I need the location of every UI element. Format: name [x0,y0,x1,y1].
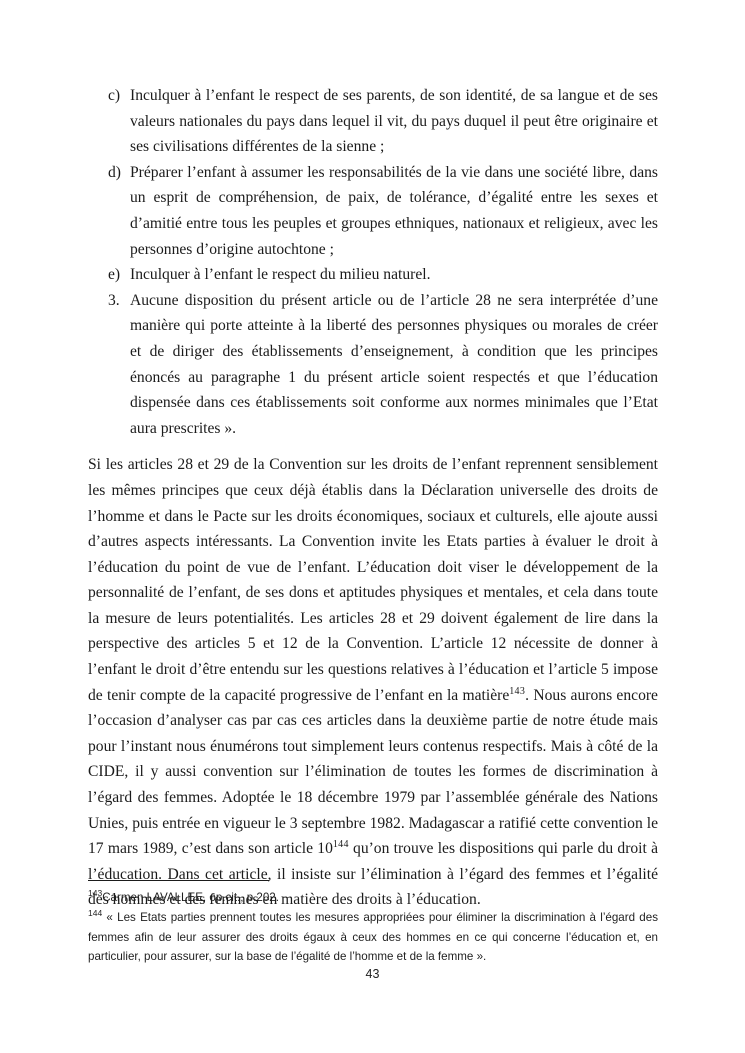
list-item-e: e) Inculquer à l’enfant le respect du mi… [88,262,658,288]
footnote-area: 143Carmen LAVALLEE, op.cit., p.202. 144 … [88,876,658,967]
list-item-label: d) [108,160,121,186]
footnote-separator [88,880,269,881]
list-item-label: e) [108,262,120,288]
list-item-3: 3. Aucune disposition du présent article… [88,288,658,442]
footnote-marker: 144 [88,908,102,918]
list-item-text: Aucune disposition du présent article ou… [130,292,658,437]
paragraph-text: . Nous aurons encore l’occasion d’analys… [88,687,658,858]
quote-list: c) Inculquer à l’enfant le respect de se… [88,83,658,441]
list-item-text: Inculquer à l’enfant le respect de ses p… [130,87,658,155]
document-page: c) Inculquer à l’enfant le respect de se… [0,0,745,1053]
list-item-label: c) [108,83,120,109]
list-item-text: Préparer l’enfant à assumer les responsa… [130,164,658,258]
body-paragraph: Si les articles 28 et 29 de la Conventio… [88,452,658,913]
footnote-text: « Les Etats parties prennent toutes les … [88,911,658,964]
footnote-text: Carmen LAVALLEE, op.cit., p.202. [102,891,279,904]
list-item-label: 3. [108,288,120,314]
footnote-ref-144: 144 [333,839,349,850]
list-item-d: d) Préparer l’enfant à assumer les respo… [88,160,658,262]
footnote-ref-143: 143 [509,686,525,697]
footnote-144: 144 « Les Etats parties prennent toutes … [88,908,658,967]
footnote-marker: 143 [88,888,102,898]
paragraph-text: Si les articles 28 et 29 de la Conventio… [88,456,658,703]
list-item-c: c) Inculquer à l’enfant le respect de se… [88,83,658,160]
document-body: c) Inculquer à l’enfant le respect de se… [88,83,658,913]
footnote-143: 143Carmen LAVALLEE, op.cit., p.202. [88,888,658,908]
list-item-text: Inculquer à l’enfant le respect du milie… [130,266,430,283]
page-number: 43 [0,967,745,981]
